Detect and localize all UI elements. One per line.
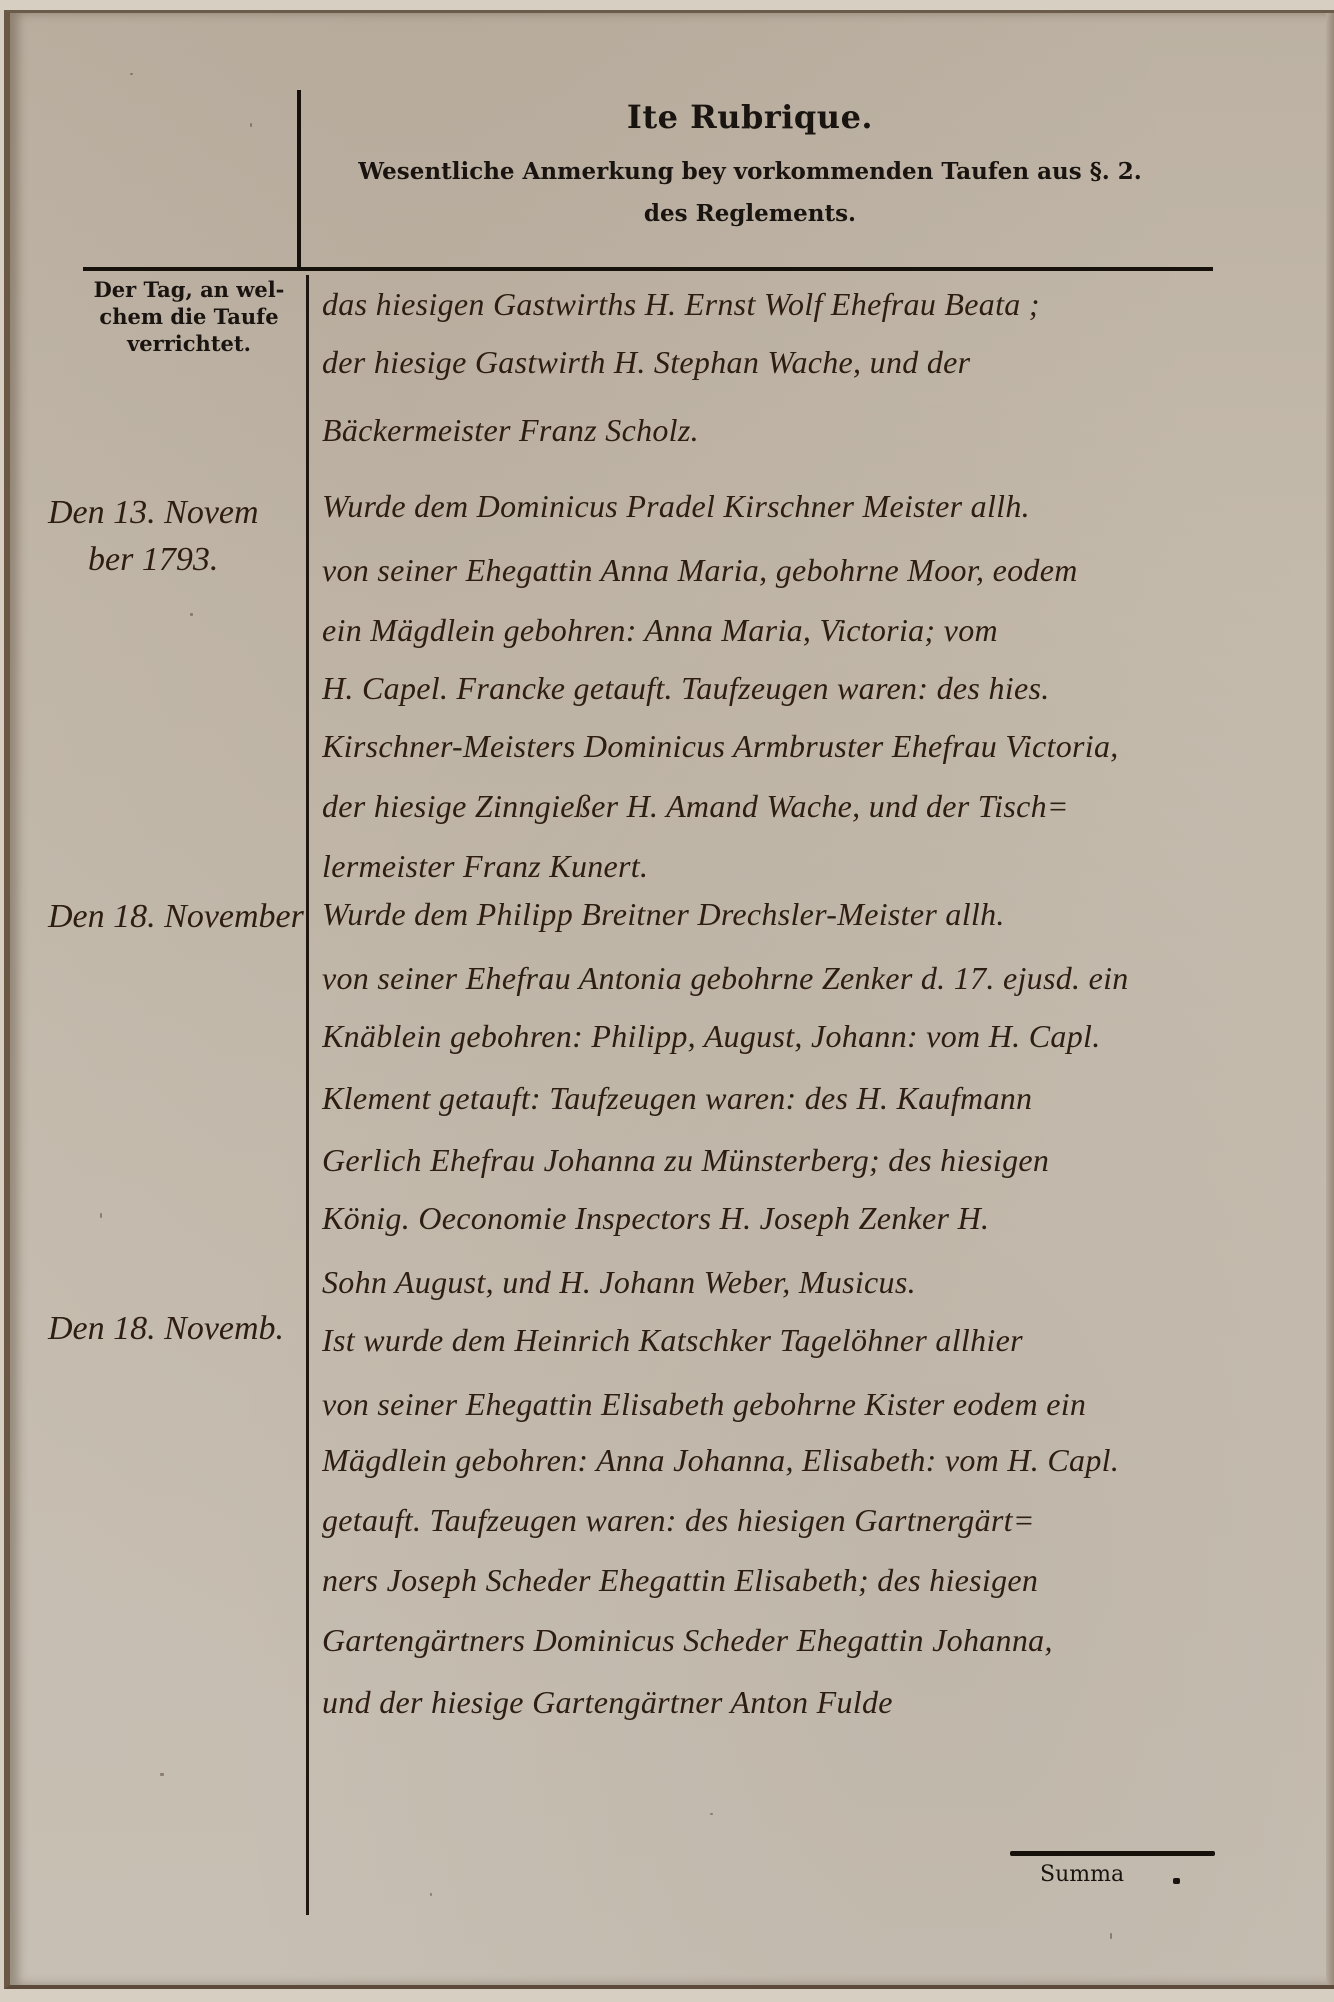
entry-line: von seiner Ehegattin Elisabeth gebohrne …: [322, 1384, 1302, 1424]
paper-speck: [250, 123, 252, 127]
paper-speck: [430, 1893, 432, 1896]
baptism-date: ber 1793.: [88, 535, 348, 585]
column-header-line: Der Tag, an wel-: [80, 276, 298, 303]
entry-line: Gartengärtners Dominicus Scheder Ehegatt…: [322, 1620, 1302, 1660]
entry-line: der hiesige Gastwirth H. Stephan Wache, …: [322, 342, 1302, 382]
printed-header: Ite Rubrique. Wesentliche Anmerkung bey …: [300, 95, 1200, 229]
entry-line: Bäckermeister Franz Scholz.: [322, 410, 1302, 450]
entry-line: lermeister Franz Kunert.: [322, 846, 1302, 886]
paper-speck: [130, 73, 133, 75]
entry-line: Wurde dem Philipp Breitner Drechsler-Mei…: [322, 894, 1302, 934]
entry-line: Gerlich Ehefrau Johanna zu Münsterberg; …: [322, 1140, 1302, 1180]
entry-line: getauft. Taufzeugen waren: des hiesigen …: [322, 1500, 1302, 1540]
baptism-date: Den 18. November: [48, 892, 308, 942]
paper-speck: [100, 1213, 102, 1218]
header-column-divider: [297, 90, 301, 268]
entry-line: ein Mägdlein gebohren: Anna Maria, Victo…: [322, 610, 1302, 650]
summa-label: Summa: [1040, 1862, 1124, 1887]
header-rule: [83, 267, 1213, 271]
paper-speck: [160, 1773, 164, 1776]
page-edge: [1326, 13, 1334, 1985]
rubrique-title: Ite Rubrique.: [300, 95, 1200, 139]
summa-dot: [1173, 1878, 1180, 1884]
paper-speck: [1110, 1933, 1112, 1939]
summa-rule: [1010, 1851, 1215, 1856]
entry-line: von seiner Ehegattin Anna Maria, gebohrn…: [322, 550, 1302, 590]
entry-line: Kirschner-Meisters Dominicus Armbruster …: [322, 726, 1302, 766]
entry-line: Knäblein gebohren: Philipp, August, Joha…: [322, 1016, 1302, 1056]
entry-line: Wurde dem Dominicus Pradel Kirschner Mei…: [322, 486, 1302, 526]
entry-line: Sohn August, und H. Johann Weber, Musicu…: [322, 1262, 1302, 1302]
entry-line: H. Capel. Francke getauft. Taufzeugen wa…: [322, 668, 1302, 708]
column-header-line: verrichtet.: [80, 330, 298, 357]
paper-speck: [710, 1813, 713, 1815]
baptism-date: Den 13. Novem: [48, 488, 308, 538]
date-column-header: Der Tag, an wel- chem die Taufe verricht…: [80, 276, 298, 357]
entry-line: von seiner Ehefrau Antonia gebohrne Zenk…: [322, 958, 1302, 998]
entry-line: der hiesige Zinngießer H. Amand Wache, u…: [322, 786, 1302, 826]
entry-line: das hiesigen Gastwirths H. Ernst Wolf Eh…: [322, 284, 1302, 324]
entry-line: und der hiesige Gartengärtner Anton Fuld…: [322, 1682, 1302, 1722]
entry-line: ners Joseph Scheder Ehegattin Elisabeth;…: [322, 1560, 1302, 1600]
baptism-date: Den 18. Novemb.: [48, 1304, 308, 1354]
entry-line: Klement getauft: Taufzeugen waren: des H…: [322, 1078, 1302, 1118]
rubrique-subtitle-line2: des Reglements.: [300, 199, 1200, 229]
entry-line: König. Oeconomie Inspectors H. Joseph Ze…: [322, 1198, 1302, 1238]
entry-line: Mägdlein gebohren: Anna Johanna, Elisabe…: [322, 1440, 1302, 1480]
paper-speck: [190, 613, 193, 616]
column-header-line: chem die Taufe: [80, 303, 298, 330]
rubrique-subtitle: Wesentliche Anmerkung bey vorkommenden T…: [300, 157, 1200, 187]
entry-line: Ist wurde dem Heinrich Katschker Tagelöh…: [322, 1320, 1302, 1360]
